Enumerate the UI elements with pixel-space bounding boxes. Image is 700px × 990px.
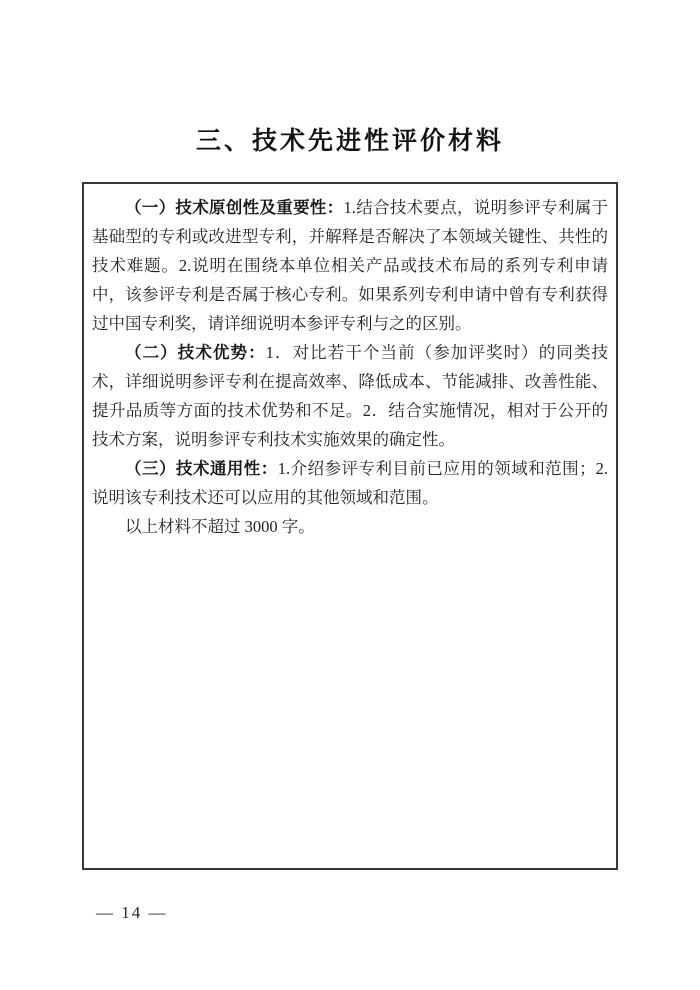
paragraph-originality-heading: （一）技术原创性及重要性： bbox=[125, 198, 344, 217]
document-page: { "document": { "title": "三、技术先进性评价材料", … bbox=[0, 0, 700, 990]
paragraph-word-limit-body: 以上材料不超过 3000 字。 bbox=[125, 517, 315, 536]
evaluation-material-box: （一）技术原创性及重要性：1.结合技术要点，说明参评专利属于基础型的专利或改进型… bbox=[82, 182, 618, 870]
paragraph-universality-heading: （三）技术通用性： bbox=[125, 459, 278, 478]
page-number: — 14 — bbox=[96, 903, 168, 923]
paragraph-universality: （三）技术通用性：1.介绍参评专利目前已应用的领域和范围；2.说明该专利技术还可… bbox=[92, 454, 608, 512]
paragraph-advantage: （二）技术优势：1．对比若干个当前（参加评奖时）的同类技术，详细说明参评专利在提… bbox=[92, 338, 608, 454]
paragraph-originality-body: 1.结合技术要点，说明参评专利属于基础型的专利或改进型专利，并解释是否解决了本领… bbox=[92, 198, 608, 333]
paragraph-originality: （一）技术原创性及重要性：1.结合技术要点，说明参评专利属于基础型的专利或改进型… bbox=[92, 193, 608, 338]
paragraph-word-limit: 以上材料不超过 3000 字。 bbox=[92, 512, 608, 541]
page-title: 三、技术先进性评价材料 bbox=[0, 121, 700, 157]
paragraph-advantage-heading: （二）技术优势： bbox=[125, 343, 266, 362]
